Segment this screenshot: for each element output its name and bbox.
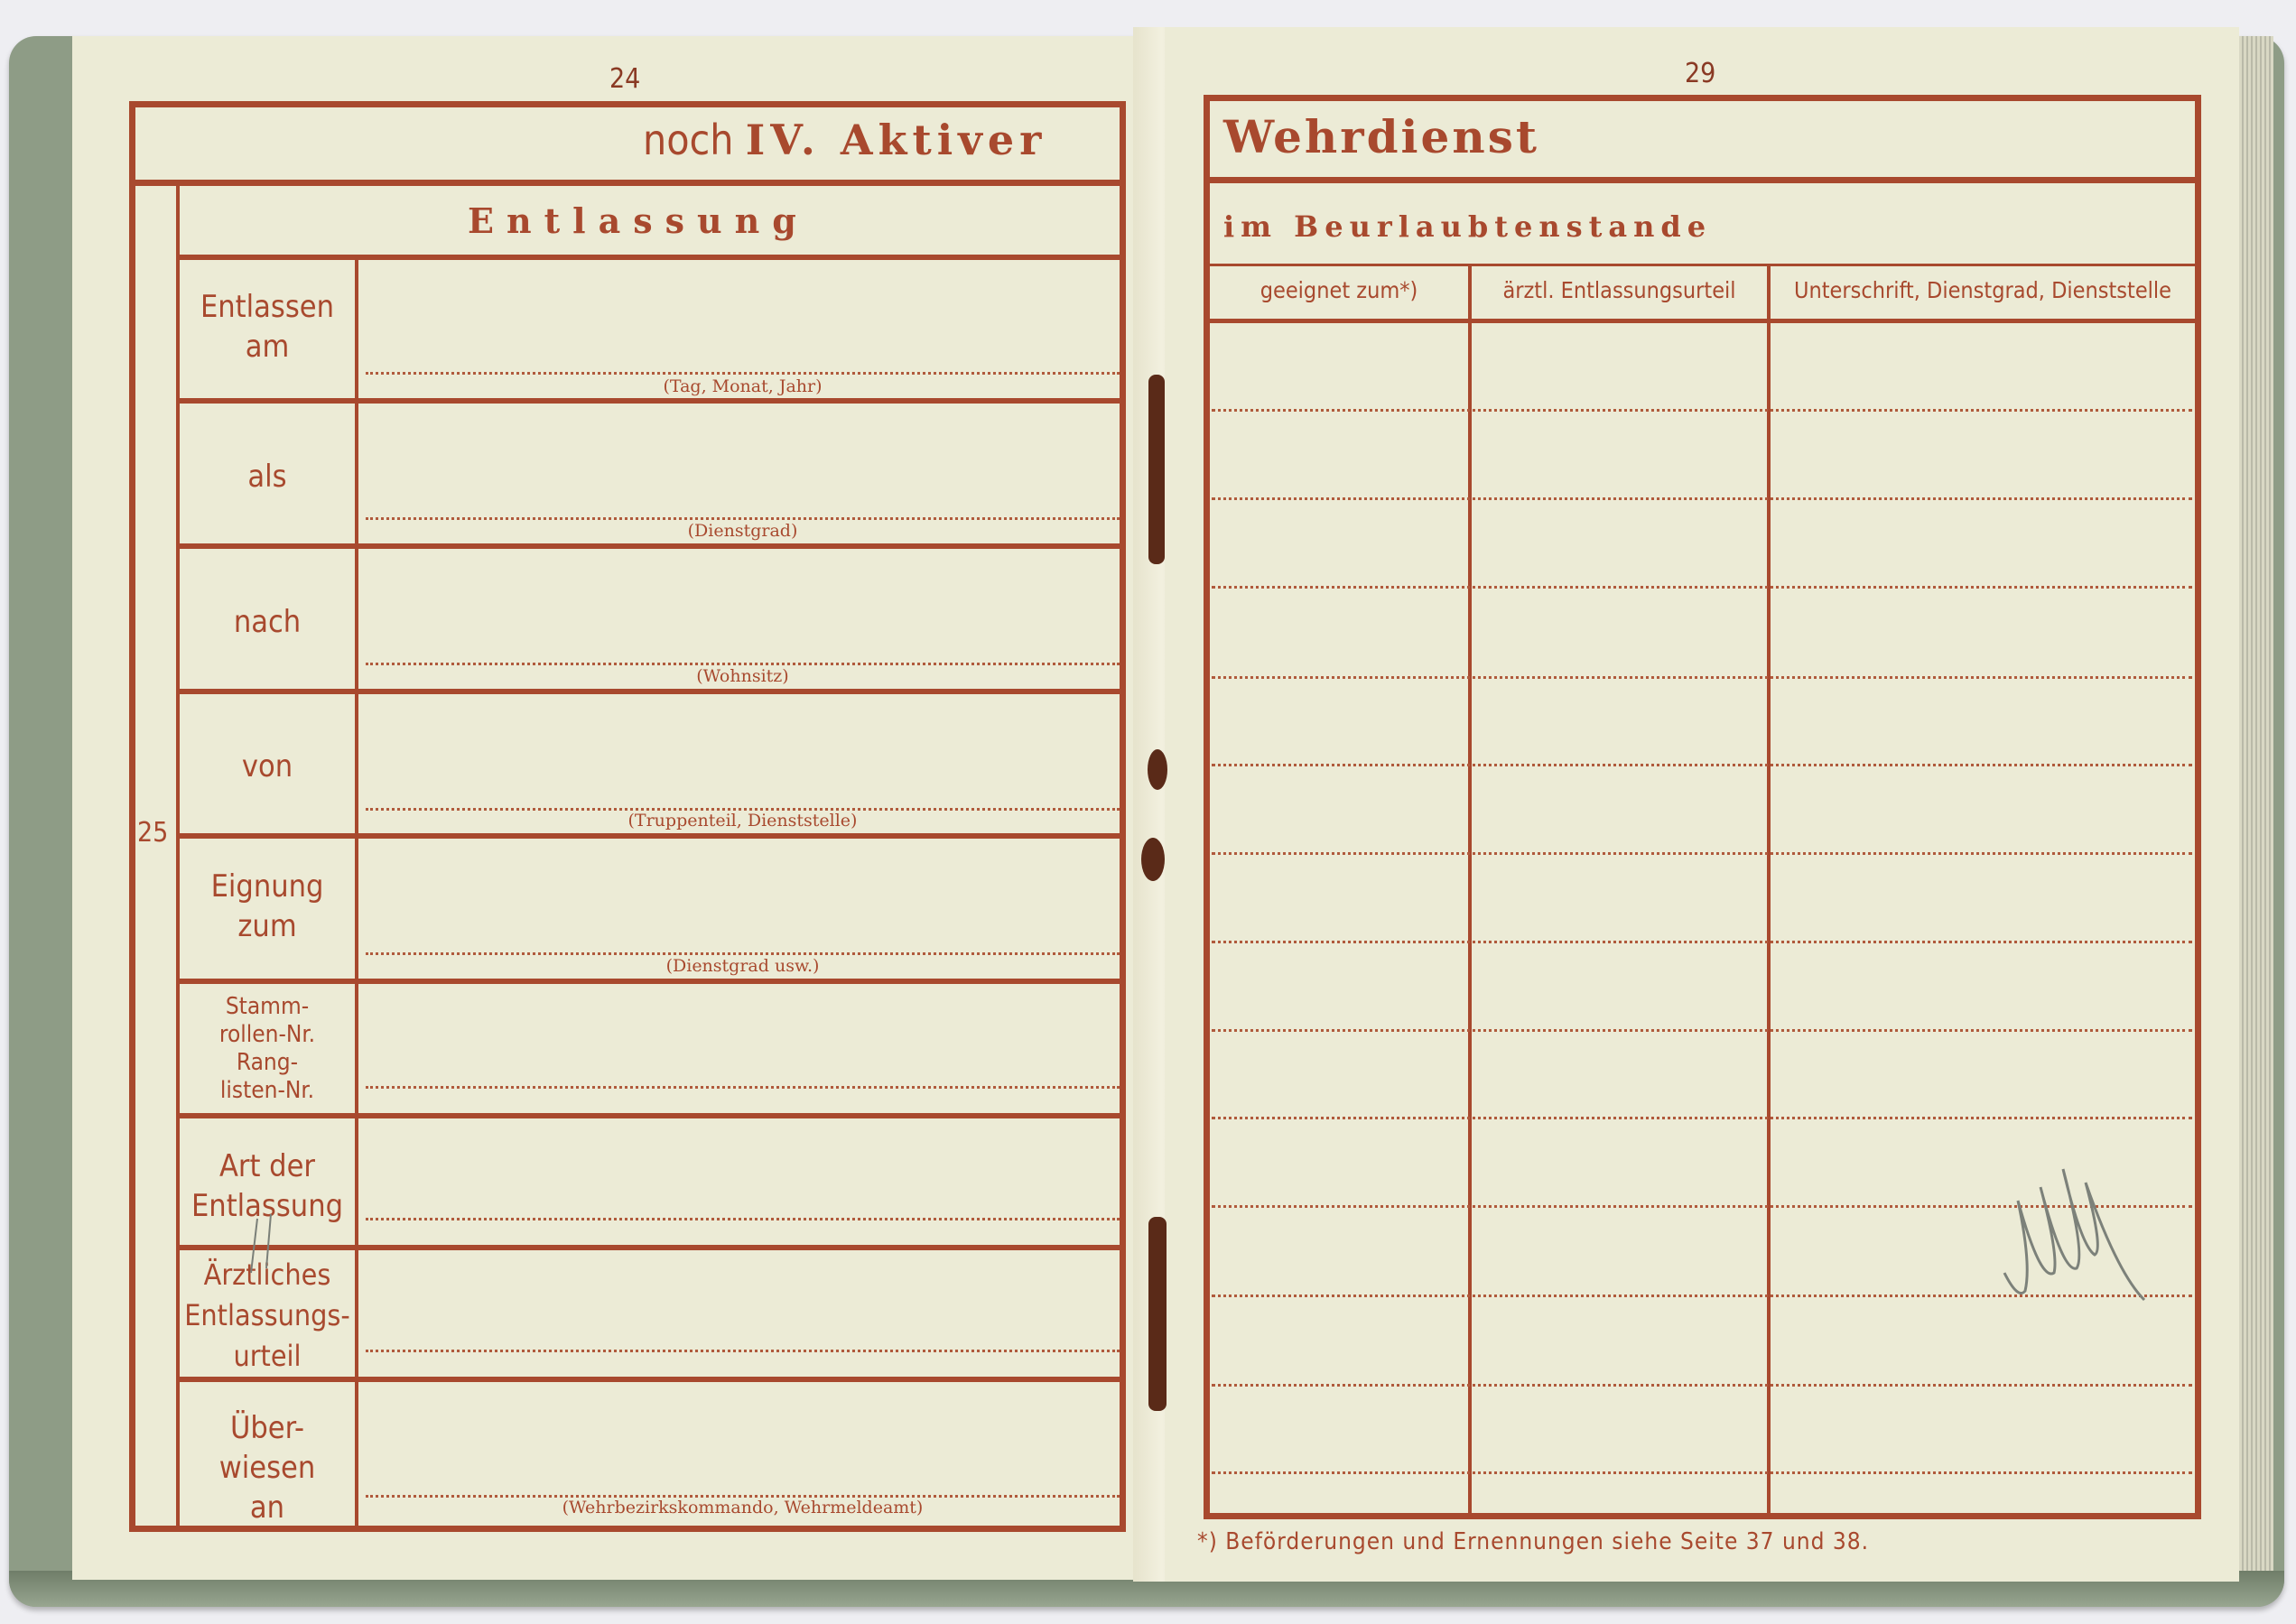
entry-line[interactable] (366, 1218, 1120, 1220)
entry-line[interactable] (1212, 676, 2192, 679)
subtitle-divider (1210, 264, 2195, 266)
footnote: *) Beförderungen und Ernennungen siehe S… (1197, 1528, 1869, 1555)
entry-line[interactable] (366, 1350, 1120, 1352)
column-header-unterschrift: Unterschrift, Dienstgrad, Dienststelle (1771, 277, 2195, 303)
row-caption: (Tag, Monat, Jahr) (366, 376, 1120, 396)
pencil-mark (244, 1214, 298, 1277)
entry-line[interactable] (366, 517, 1120, 520)
column-header-entlassungsurteil: ärztl. Entlassungsurteil (1472, 277, 1767, 303)
row-caption: (Wehrbezirkskommando, Wehrmeldeamt) (366, 1498, 1120, 1517)
row-caption: (Wohnsitz) (366, 666, 1120, 686)
entry-line[interactable] (366, 1086, 1120, 1089)
row-divider (180, 833, 1123, 839)
row-label-als: als (180, 457, 355, 496)
row-caption: (Dienstgrad usw.) (366, 956, 1120, 976)
entry-line[interactable] (1212, 586, 2192, 589)
row-divider (180, 255, 1123, 260)
section-title: Entlassung (468, 200, 809, 241)
header-prefix: noch (643, 116, 734, 164)
entry-line[interactable] (366, 372, 1120, 375)
entry-line[interactable] (1212, 852, 2192, 855)
entry-line[interactable] (1212, 409, 2192, 412)
entry-line[interactable] (366, 663, 1120, 665)
rust-spot (1141, 838, 1165, 881)
row-label-entlassen-am: Entlassen am (180, 287, 355, 367)
column-line (1468, 266, 1472, 1515)
left-header: noch IV. Aktiver (643, 116, 1046, 164)
pencil-signature (2000, 1165, 2153, 1309)
staple-top (1148, 375, 1165, 564)
row-divider (180, 1113, 1123, 1118)
entry-line[interactable] (366, 952, 1120, 955)
entry-line[interactable] (1212, 1029, 2192, 1032)
right-page-number: 29 (1685, 58, 1715, 89)
row-label-stammrollen-nr: Stamm-rollen-Nr. Rang-listen-Nr. (180, 993, 355, 1105)
row-caption: (Dienstgrad) (366, 521, 1120, 541)
entry-line[interactable] (1212, 1471, 2192, 1474)
entry-line[interactable] (1212, 764, 2192, 766)
right-subtitle: im Beurlaubtenstande (1223, 209, 1712, 244)
row-caption: (Truppenteil, Dienststelle) (366, 811, 1120, 831)
row-label-von: von (180, 747, 355, 786)
column-header-divider (1210, 319, 2195, 323)
row-divider (180, 1245, 1123, 1250)
label-column-line (355, 257, 358, 1530)
staple-bottom (1148, 1217, 1167, 1411)
row-divider (180, 1377, 1123, 1382)
row-divider (180, 543, 1123, 549)
row-divider (180, 689, 1123, 694)
entry-line[interactable] (1212, 1117, 2192, 1119)
row-label-eignung-zum: Eignung zum (180, 867, 355, 946)
left-header-divider (129, 180, 1126, 186)
entry-line[interactable] (1212, 941, 2192, 943)
entry-line[interactable] (1212, 497, 2192, 500)
left-page-number: 24 (609, 63, 640, 95)
right-header-divider (1204, 177, 2201, 183)
right-header-title: Wehrdienst (1223, 110, 1539, 163)
header-title: IV. Aktiver (746, 116, 1047, 164)
column-line (1767, 266, 1771, 1515)
row-divider (180, 979, 1123, 984)
side-number: 25 (137, 817, 168, 849)
entry-line[interactable] (1212, 1384, 2192, 1387)
row-label-ueberwiesen-an: Über-wiesen an (180, 1408, 355, 1527)
row-divider (180, 398, 1123, 404)
page-edges (2239, 36, 2273, 1571)
rust-spot (1148, 749, 1167, 790)
row-label-nach: nach (180, 602, 355, 642)
column-header-geeignet: geeignet zum*) (1210, 277, 1468, 303)
